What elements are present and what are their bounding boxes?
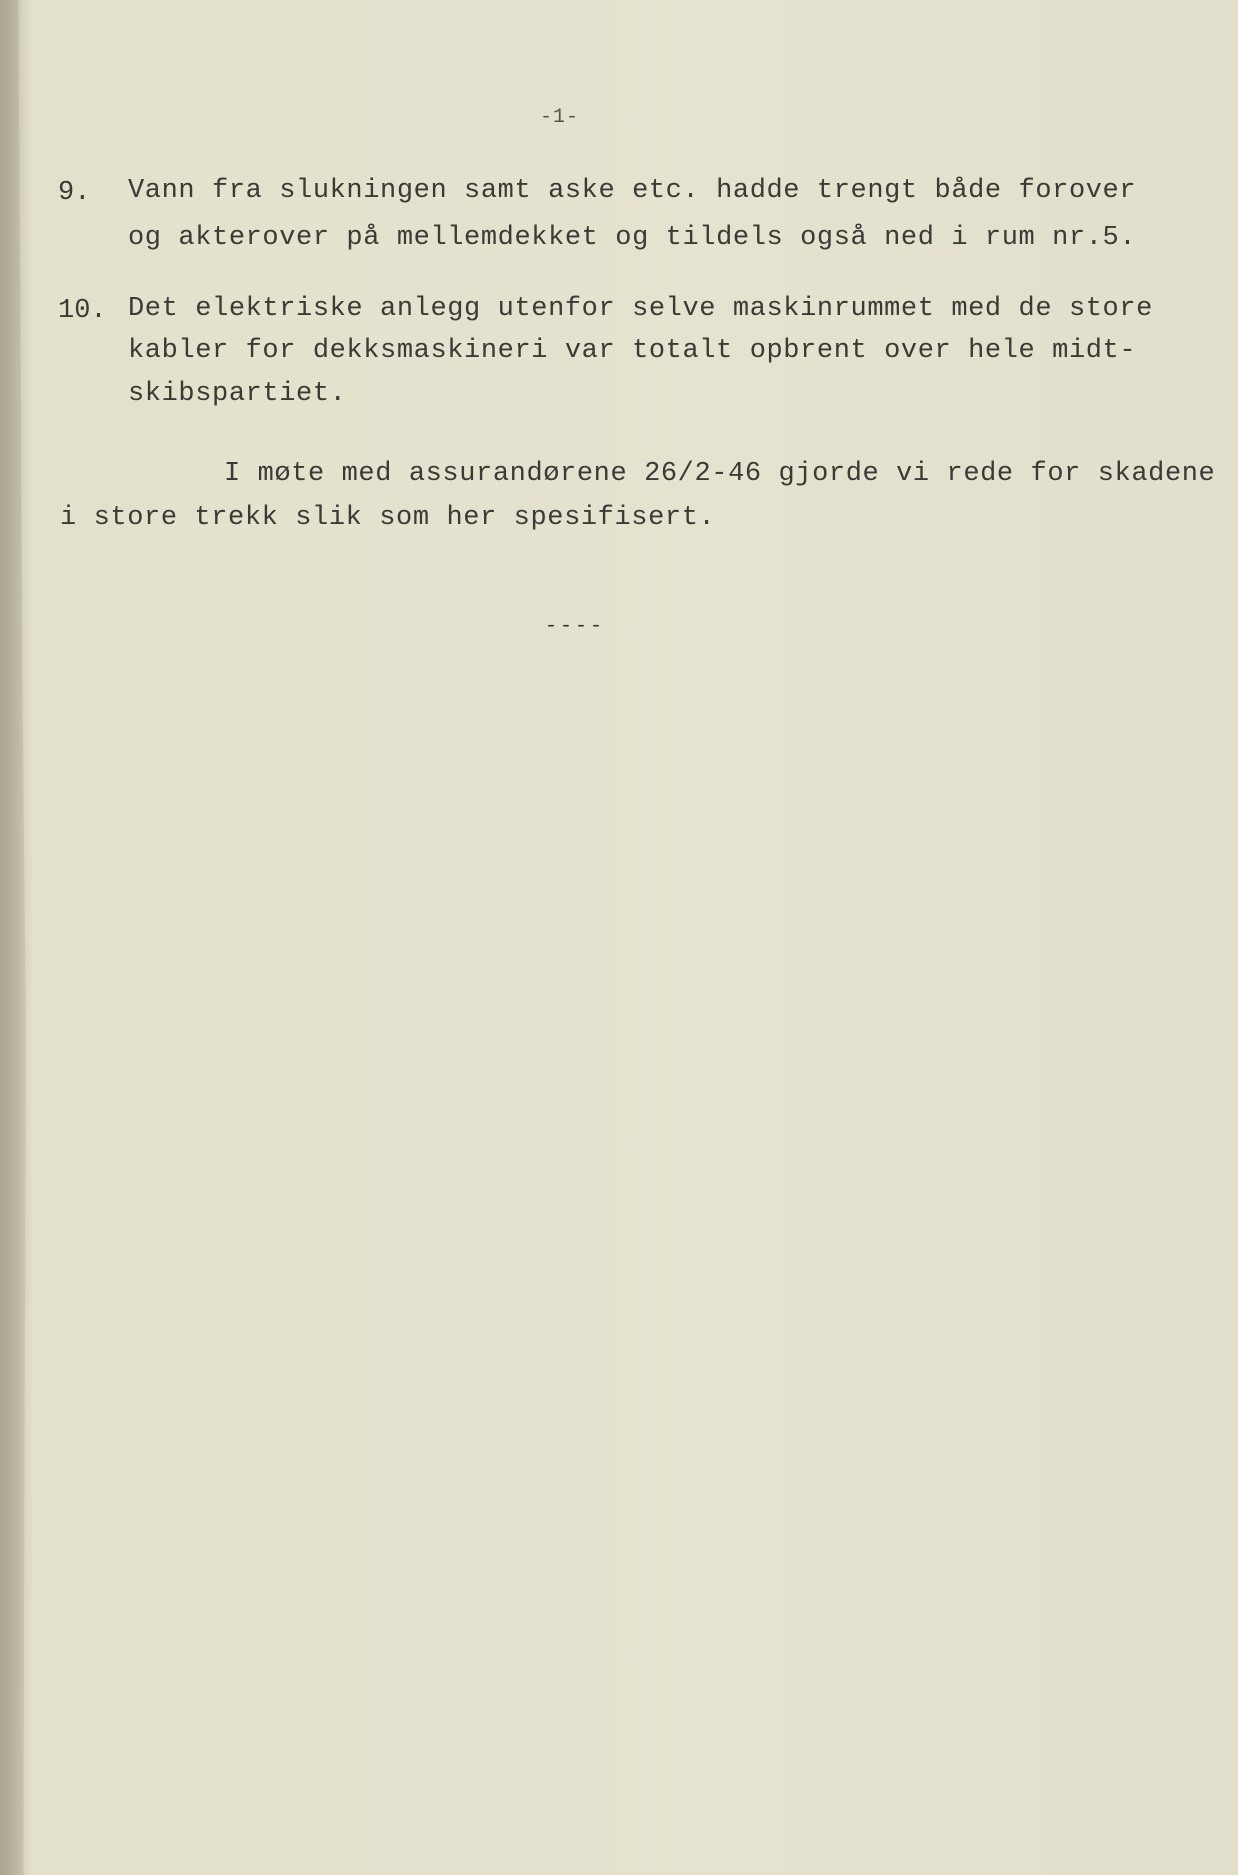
item-10-line-2: kabler for dekksmaskineri var totalt opb… xyxy=(128,338,1136,365)
page-edge-shadow xyxy=(0,0,26,1875)
end-divider: ---- xyxy=(545,615,605,638)
page-number: -1- xyxy=(540,106,579,129)
item-10-line-3: skibspartiet. xyxy=(128,381,346,408)
item-number: 10. xyxy=(58,296,107,326)
item-9-line-1: Vann fra slukningen samt aske etc. hadde… xyxy=(128,178,1136,205)
closing-paragraph-line-1: I møte med assurandørene 26/2-46 gjorde … xyxy=(224,461,1215,488)
item-number: 9. xyxy=(58,178,90,208)
item-9-line-2: og akterover på mellemdekket og tildels … xyxy=(128,225,1136,252)
closing-paragraph-line-2: i store trekk slik som her spesifisert. xyxy=(60,505,715,532)
item-10-line-1: Det elektriske anlegg utenfor selve mask… xyxy=(128,296,1153,323)
document-page: -1- 9. Vann fra slukningen samt aske etc… xyxy=(0,0,1238,1875)
